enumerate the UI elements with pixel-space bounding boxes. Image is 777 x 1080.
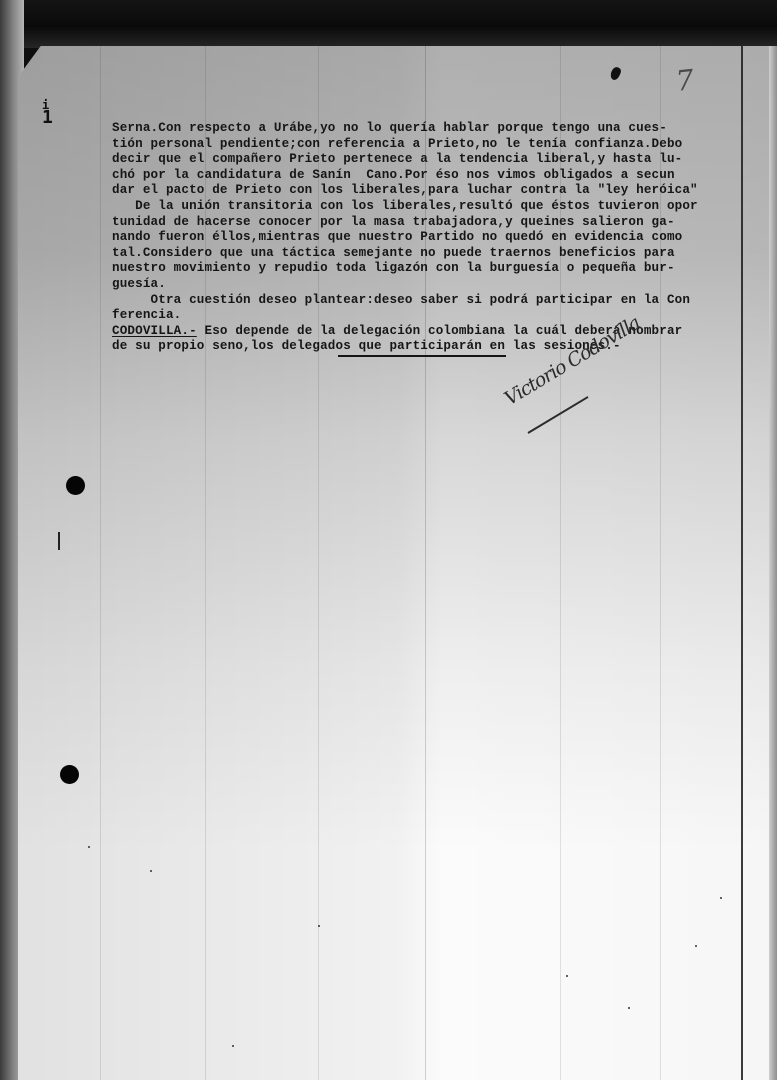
margin-mark-number: 1: [42, 110, 53, 126]
text-line: ferencia.: [112, 308, 762, 324]
text-line: Otra cuestión deseo plantear:deseo saber…: [112, 293, 762, 309]
text-line: guesía.: [112, 277, 762, 293]
typed-transcript: Serna.Con respecto a Urábe,yo no lo quer…: [112, 121, 762, 355]
text-line: dar el pacto de Prieto con los liberales…: [112, 183, 762, 199]
text-line: CODOVILLA.- Eso depende de la delegación…: [112, 324, 762, 340]
text-line: Serna.Con respecto a Urábe,yo no lo quer…: [112, 121, 762, 137]
text-line: tunidad de hacerse conocer por la masa t…: [112, 215, 762, 231]
speaker-name: CODOVILLA.-: [112, 324, 197, 338]
punch-hole: [66, 476, 85, 495]
scan-right-edge: [769, 46, 777, 1080]
scan-speck: [720, 897, 722, 899]
text-line: De la unión transitoria con los liberale…: [112, 199, 762, 215]
paragraph-question: Otra cuestión deseo plantear:deseo saber…: [112, 293, 762, 324]
scan-top-border: [0, 0, 777, 48]
punch-hole: [60, 765, 79, 784]
text-line: nando fueron éllos,mientras que nuestro …: [112, 230, 762, 246]
scan-speck: [318, 925, 320, 927]
scan-speck: [232, 1045, 234, 1047]
page-number: 7: [674, 63, 695, 98]
scan-speck: [628, 1007, 630, 1009]
text-line: tal.Considero que una táctica semejante …: [112, 246, 762, 262]
text-line: chó por la candidatura de Sanín Cano.Por…: [112, 168, 762, 184]
margin-mark: i 1: [42, 100, 53, 126]
closing-rule: [338, 355, 506, 357]
text-line: tión personal pendiente;con referencia a…: [112, 137, 762, 153]
scan-speck: [695, 945, 697, 947]
paragraph-serna: Serna.Con respecto a Urábe,yo no lo quer…: [112, 121, 762, 199]
scanned-page: 7 i 1 Serna.Con respecto a Urábe,yo no l…: [0, 0, 777, 1080]
scan-speck: [150, 870, 152, 872]
text-line: decir que el compañero Prieto pertenece …: [112, 152, 762, 168]
text-line: de su propio seno,los delegados que part…: [112, 339, 762, 355]
paragraph-codovilla: CODOVILLA.- Eso depende de la delegación…: [112, 324, 762, 355]
scan-streak: [100, 46, 101, 1080]
pencil-mark: [58, 532, 60, 550]
scan-speck: [566, 975, 568, 977]
scan-speck: [88, 846, 90, 848]
paragraph-liberal-union: De la unión transitoria con los liberale…: [112, 199, 762, 293]
text-line: nuestro movimiento y repudio toda ligazó…: [112, 261, 762, 277]
